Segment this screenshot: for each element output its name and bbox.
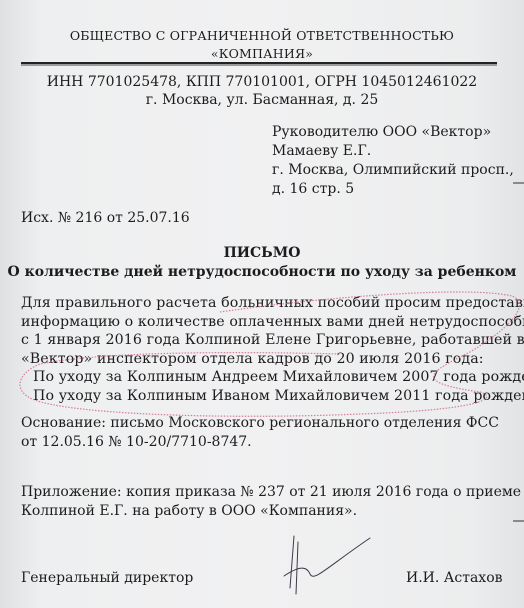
- addressee-line2: Мамаеву Е.Г.: [272, 142, 514, 161]
- signer-position: Генеральный директор: [21, 570, 193, 586]
- body-line: Для правильного расчета больничных пособ…: [21, 294, 524, 313]
- requisites-address: г. Москва, ул. Басманная, д. 25: [0, 91, 524, 109]
- attachment-block: Приложение: копия приказа № 237 от 21 ию…: [21, 483, 521, 520]
- letter-heading: ПИСЬМО: [0, 244, 524, 263]
- signer-name: И.И. Астахов: [406, 570, 503, 586]
- addressee-line1: Руководителю ООО «Вектор»: [272, 123, 514, 142]
- requisites-codes: ИНН 7701025478, КПП 770101001, ОГРН 1045…: [0, 73, 524, 91]
- addressee-block: Руководителю ООО «Вектор» Мамаеву Е.Г. г…: [272, 123, 514, 199]
- basis-line2: от 12.05.16 № 10-20/7710-8747.: [21, 433, 499, 452]
- letterhead-divider: [21, 62, 497, 66]
- body-line: «Вектор» инспектором отдела кадров до 20…: [21, 350, 524, 369]
- letterhead-requisites: ИНН 7701025478, КПП 770101001, ОГРН 1045…: [0, 73, 524, 109]
- letter-title: ПИСЬМО О количестве дней нетрудоспособно…: [0, 244, 524, 282]
- body-line: информацию о количестве оплаченных вами …: [21, 313, 524, 332]
- handwritten-signature: [276, 528, 376, 598]
- fold-mark-top: [513, 182, 524, 184]
- body-line: с 1 января 2016 года Колпиной Елене Григ…: [21, 331, 524, 350]
- letter-body: Для правильного расчета больничных пособ…: [21, 294, 524, 405]
- addressee-line4: д. 16 стр. 5: [272, 180, 514, 199]
- outgoing-reference: Исх. № 216 от 25.07.16: [21, 210, 190, 226]
- child-care-item: По уходу за Колпиным Андреем Михайловиче…: [21, 368, 524, 387]
- basis-line1: Основание: письмо Московского региональн…: [21, 414, 499, 433]
- attachment-line1: Приложение: копия приказа № 237 от 21 ию…: [21, 483, 521, 502]
- addressee-line3: г. Москва, Олимпийский просп.,: [272, 161, 514, 180]
- child-care-item: По уходу за Колпиным Иваном Михайловичем…: [21, 387, 524, 406]
- letterhead-org-name: ОБЩЕСТВО С ОГРАНИЧЕННОЙ ОТВЕТСТВЕННОСТЬЮ…: [0, 27, 524, 63]
- letter-page: ОБЩЕСТВО С ОГРАНИЧЕННОЙ ОТВЕТСТВЕННОСТЬЮ…: [0, 0, 524, 608]
- org-name-line1: ОБЩЕСТВО С ОГРАНИЧЕННОЙ ОТВЕТСТВЕННОСТЬЮ: [0, 27, 524, 45]
- fold-mark-bottom: [513, 520, 524, 522]
- letter-subject: О количестве дней нетрудоспособности по …: [0, 263, 524, 282]
- org-name-line2: «КОМПАНИЯ»: [0, 45, 524, 63]
- basis-block: Основание: письмо Московского региональн…: [21, 414, 499, 451]
- attachment-line2: Колпиной Е.Г. на работу в ООО «Компания»…: [21, 502, 521, 521]
